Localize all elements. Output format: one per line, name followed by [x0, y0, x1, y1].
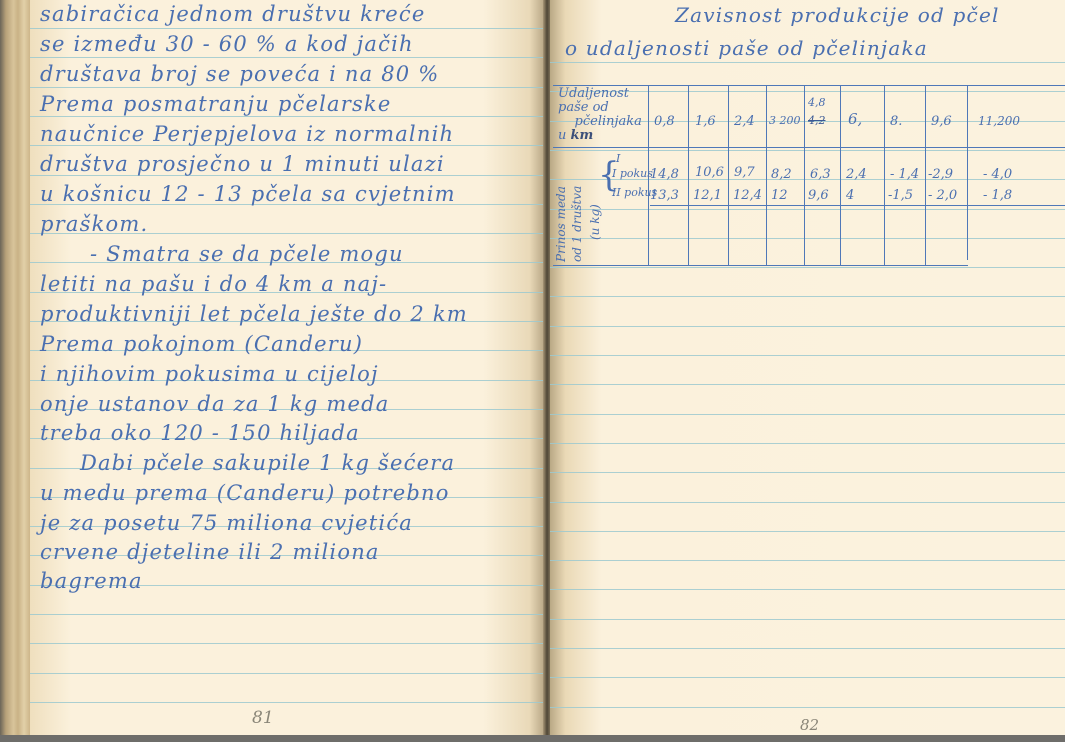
table-col-line: [804, 85, 805, 265]
table-data-divider: [650, 205, 1065, 206]
table-cell: - 4,0: [983, 167, 1012, 182]
ruled-line: [30, 57, 545, 58]
ruled-line: [30, 87, 545, 88]
ruled-line: [550, 414, 1065, 415]
table-cell: 6,3: [810, 167, 831, 182]
side-label: od 1 društva: [570, 186, 584, 262]
table-cell: 4: [846, 188, 854, 203]
table-top-border: [553, 85, 1065, 86]
table-cell: - 1,8: [983, 188, 1012, 203]
handwritten-line: se između 30 - 60 % a kod jačih: [40, 32, 414, 56]
handwritten-line: praškom.: [40, 212, 148, 236]
ruled-line: [550, 648, 1065, 649]
handwritten-line: Dabi pčele sakupile 1 kg šećera: [80, 451, 455, 475]
table-col-line: [925, 85, 926, 265]
table-cell: 9,7: [734, 165, 755, 180]
ruled-line: [550, 209, 1065, 210]
handwritten-line: sabiračica jednom društvu kreće: [40, 2, 425, 26]
handwritten-line: društva prosječno u 1 minuti ulazi: [40, 152, 445, 176]
page-title-line: Zavisnost produkcije od pčel: [675, 3, 1000, 27]
page-number: 81: [252, 708, 274, 728]
ruled-line: [550, 62, 1065, 63]
row-header-label: Udaljenostpaše od pčelinjakau km: [558, 87, 642, 143]
ruled-line: [30, 673, 545, 674]
table-cell: -2,9: [928, 167, 953, 182]
handwritten-line: crvene djeteline ili 2 miliona: [40, 540, 380, 564]
table-col-line: [840, 85, 841, 265]
ruled-line: [550, 707, 1065, 708]
ruled-line: [30, 116, 545, 117]
ruled-line: [550, 355, 1065, 356]
ruled-line: [30, 614, 545, 615]
desk-background: [0, 735, 1065, 742]
table-cell: - 1,4: [890, 167, 919, 182]
table-cell: 9,6: [808, 188, 829, 203]
ruled-line: [550, 589, 1065, 590]
ruled-line: [30, 702, 545, 703]
handwritten-line: Prema posmatranju pčelarske: [40, 92, 391, 116]
ruled-line: [550, 560, 1065, 561]
distance-value: 6,: [848, 110, 862, 128]
table-cell: 8,2: [771, 167, 792, 182]
distance-value: 9,6: [931, 114, 952, 129]
table-cell: 12: [771, 188, 788, 203]
right-page: Zavisnost produkcije od pčel o udaljenos…: [550, 0, 1065, 735]
distance-value: 8.: [890, 114, 902, 129]
table-header-divider: [553, 147, 1065, 148]
page-number: 82: [800, 716, 819, 734]
distance-value: 11,200: [978, 114, 1020, 128]
ruled-line: [550, 326, 1065, 327]
handwritten-line: letiti na pašu i do 4 km a naj-: [40, 272, 387, 296]
table-cell: -1,5: [888, 188, 913, 203]
handwritten-line: Prema pokojnom (Canderu): [40, 332, 363, 356]
ruled-line: [550, 677, 1065, 678]
notebook-spread: sabiračica jednom društvu kreće se izmeđ…: [0, 0, 1065, 735]
handwritten-line: u medu prema (Canderu) potrebno: [40, 481, 450, 505]
ruled-line: [30, 643, 545, 644]
handwritten-line: onje ustanov da za 1 kg meda: [40, 392, 389, 416]
table-cell: 12,1: [693, 188, 722, 203]
handwritten-line: treba oko 120 - 150 hiljada: [40, 421, 360, 445]
ruled-line: [550, 502, 1065, 503]
handwritten-line: društava broj se poveća i na 80 %: [40, 62, 439, 86]
ruled-line: [550, 238, 1065, 239]
row-label: I pokus: [612, 167, 653, 180]
ruled-line: [550, 296, 1065, 297]
ruled-line: [550, 443, 1065, 444]
ruled-line: [550, 384, 1065, 385]
distance-value: 2,4: [734, 114, 755, 129]
ruled-line: [550, 267, 1065, 268]
page-edges: [0, 0, 30, 735]
distance-value: 4,8: [808, 96, 826, 109]
ruled-line: [550, 531, 1065, 532]
table-col-line: [884, 85, 885, 265]
table-col-line: [728, 85, 729, 265]
handwritten-line: naučnice Perjepjelova iz normalnih: [40, 122, 454, 146]
distance-value: 1,6: [695, 114, 716, 129]
handwritten-line: bagrema: [40, 569, 143, 593]
table-cell: 13,3: [650, 188, 679, 203]
table-col-line: [688, 85, 689, 265]
page-title-line: o udaljenosti paše od pčelinjaka: [565, 36, 928, 60]
distance-value: 0,8: [654, 114, 675, 129]
table-cell: 2,4: [846, 167, 867, 182]
row-label-numeral: I: [616, 152, 620, 165]
handwritten-line: je za posetu 75 miliona cvjetića: [40, 511, 413, 535]
table-cell: - 2,0: [928, 188, 957, 203]
ruled-line: [550, 150, 1065, 151]
ruled-line: [550, 472, 1065, 473]
table-cell: 14,8: [650, 167, 679, 182]
handwritten-line: - Smatra se da pčele mogu: [90, 242, 404, 266]
table-cell: 12,4: [733, 188, 762, 203]
side-label: (u kg): [588, 204, 602, 240]
handwritten-line: i njihovim pokusima u cijeloj: [40, 362, 379, 386]
side-label: Prinos meda: [554, 186, 568, 262]
distance-value: 3 200: [769, 114, 801, 127]
table-col-line: [967, 85, 968, 260]
ruled-line: [550, 619, 1065, 620]
ruled-line: [30, 28, 545, 29]
table-bottom-border: [553, 265, 968, 266]
left-page: sabiračica jednom društvu kreće se izmeđ…: [30, 0, 545, 735]
struck-value: 4,2: [808, 114, 826, 127]
handwritten-line: produktivniji let pčela ješte do 2 km: [40, 302, 468, 326]
table-col-line: [766, 85, 767, 265]
handwritten-line: u košnicu 12 - 13 pčela sa cvjetnim: [40, 182, 456, 206]
table-cell: 10,6: [695, 165, 724, 180]
